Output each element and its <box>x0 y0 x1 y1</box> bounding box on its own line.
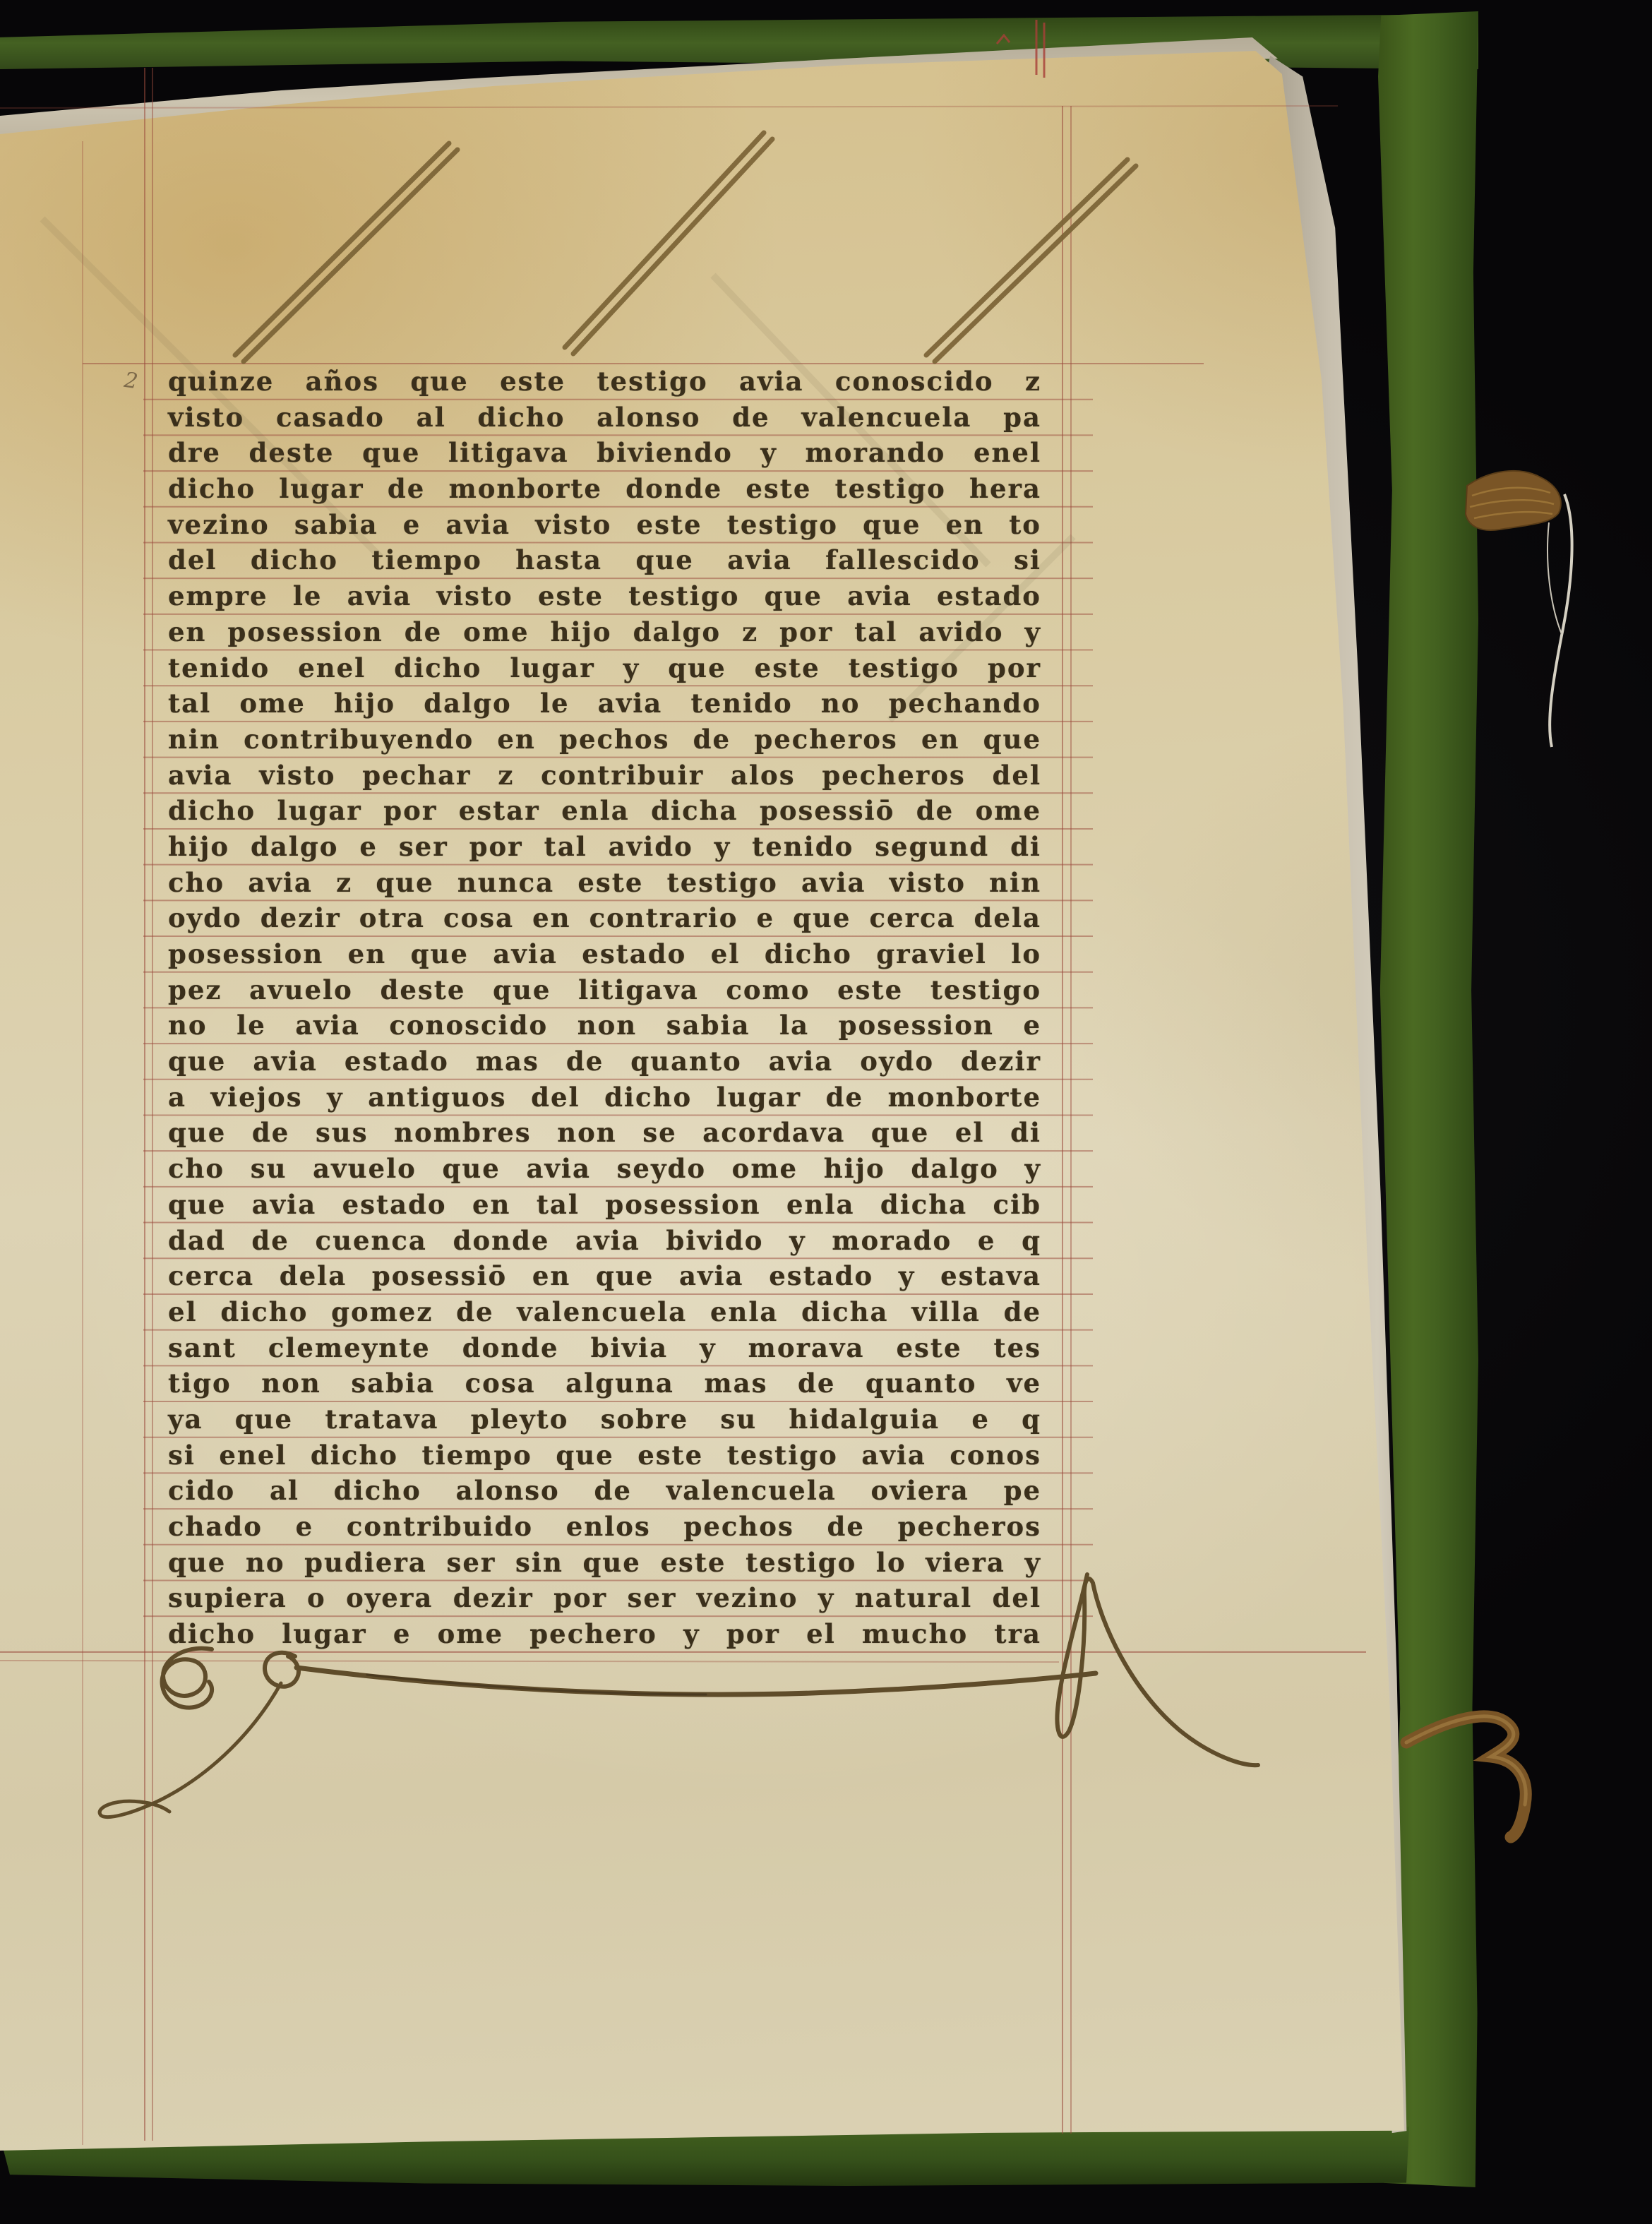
binding-tie-bottom <box>1406 1716 1526 1837</box>
manuscript-photo: 2 quinze años que este testigo avia cono… <box>0 0 1652 2224</box>
binding-ties-layer <box>0 0 1652 2224</box>
binding-tie-top <box>1466 471 1572 747</box>
loose-thread <box>1550 494 1572 747</box>
